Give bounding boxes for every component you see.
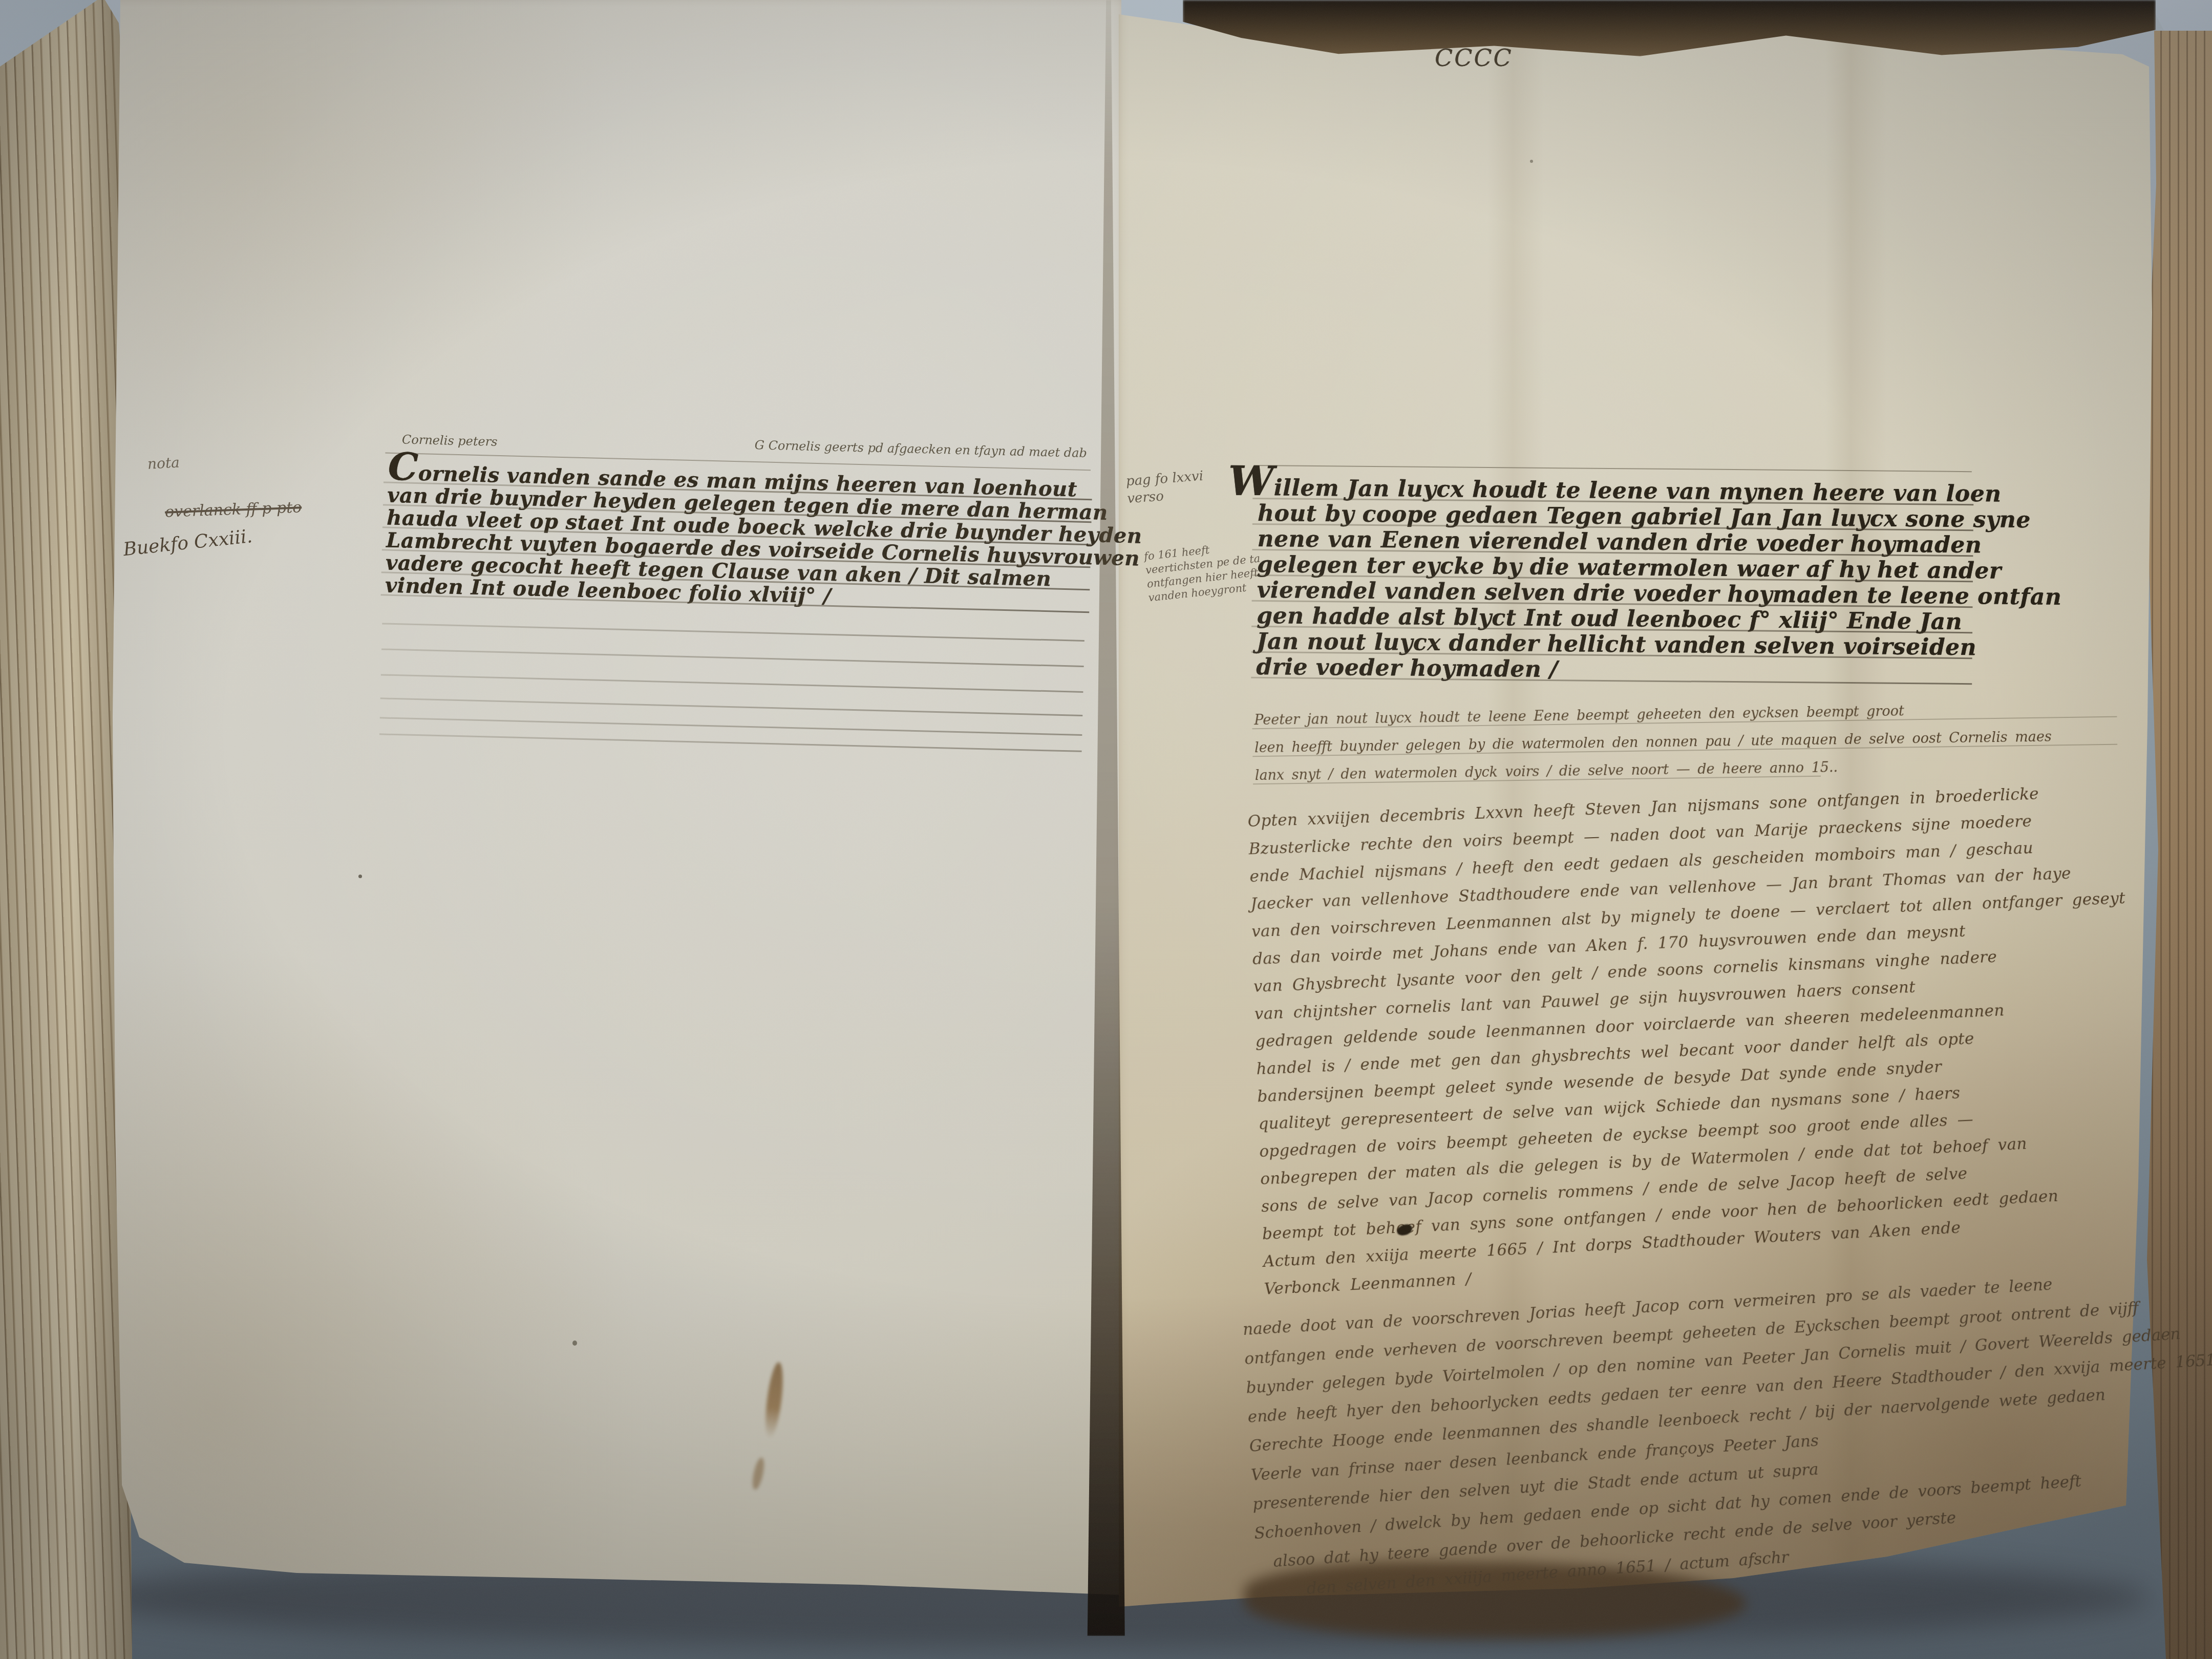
torn-leaf-edge-right	[2143, 31, 2212, 1659]
empty-ruled-lines	[381, 601, 1075, 754]
margin-note-nota: nota	[147, 454, 180, 472]
folio-number: CCCC	[1435, 44, 1513, 72]
fanned-page-edges	[0, 0, 132, 1659]
right-margin-note-1: pag fo lxxviverso	[1125, 467, 1205, 507]
left-entry-text: Cornelis vanden sande es man mijns heere…	[385, 456, 1078, 614]
right-entry-formal-hand: Willem Jan luycx houdt te leene van myne…	[1256, 469, 1967, 686]
right-body-block-1: Opten xxviijen decembris Lxxvn heeft Ste…	[1247, 777, 2152, 1296]
right-body-block-2: naede doot van de voorschreven Jorias he…	[1242, 1266, 2151, 1602]
paper-speck	[358, 875, 362, 878]
right-entry-cursive-summary: Peeter jan nout luycx houdt te leene Een…	[1254, 694, 2149, 790]
paper-speck	[572, 1341, 577, 1346]
left-page	[92, 0, 1121, 1659]
photo-of-open-manuscript-book: Cornelis peters G Cornelis geerts pd afg…	[0, 0, 2212, 1659]
dark-page-edge-band-top	[1183, 0, 2156, 57]
paper-speck	[1530, 160, 1533, 163]
left-page-entry-block: Cornelis peters G Cornelis geerts pd afg…	[381, 429, 1079, 754]
